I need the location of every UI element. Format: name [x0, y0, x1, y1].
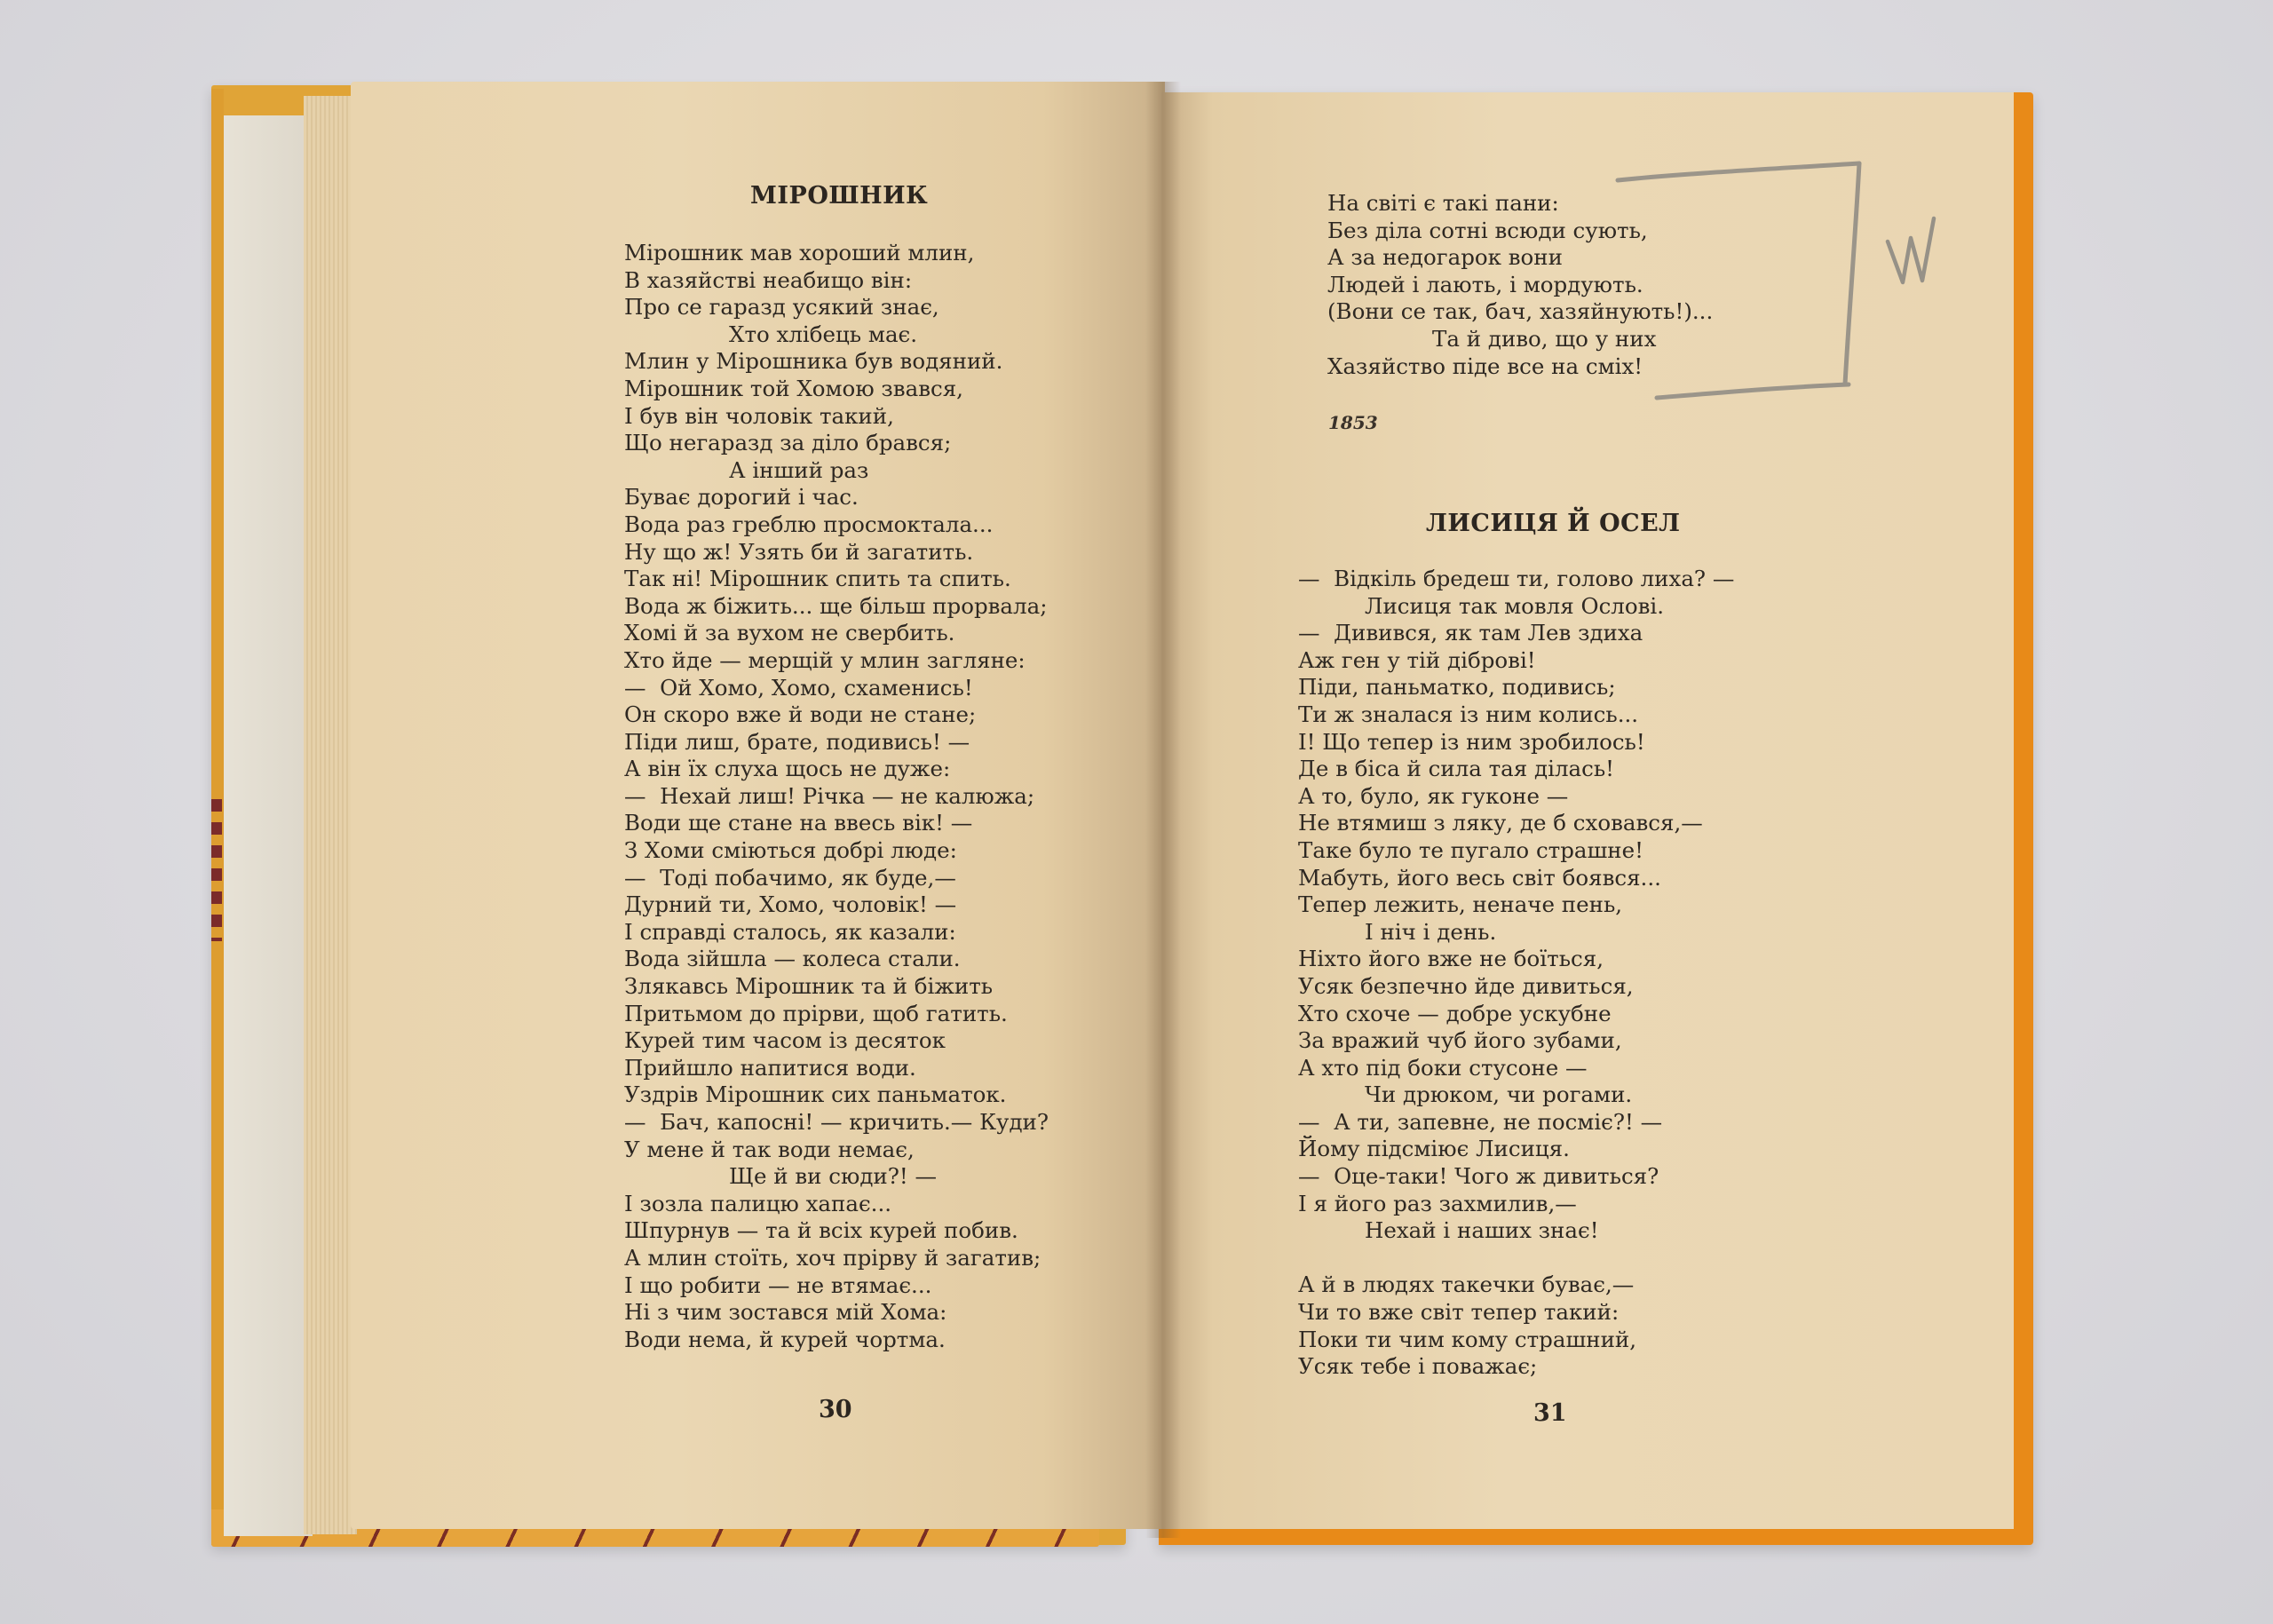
- pencil-bracket-annotation: [0, 0, 2273, 1624]
- pencil-w-mark: [1888, 218, 1934, 282]
- open-book-photo: МІРОШНИК Мірошник мав хороший млин,В хаз…: [0, 0, 2273, 1624]
